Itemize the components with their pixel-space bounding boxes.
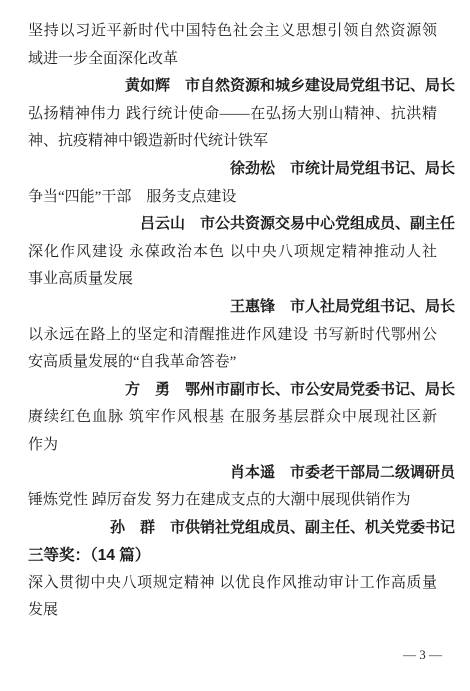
third-prize-heading: 三等奖：（14 篇） xyxy=(28,542,437,570)
article-title-line: 作为 xyxy=(28,432,437,460)
winner-name-line: 徐劲松 市统计局党组书记、局长 xyxy=(28,156,455,184)
article-title-line: 域进一步全面深化改革 xyxy=(28,46,437,74)
article-title-line: 事业高质量发展 xyxy=(28,266,437,294)
article-title-line: 深入贯彻中央八项规定精神 以优良作风推动审计工作高质量 xyxy=(28,570,437,598)
article-title-line: 争当“四能”干部 服务支点建设 xyxy=(28,184,437,212)
article-title-line: 以永远在路上的坚定和清醒推进作风建设 书写新时代鄂州公 xyxy=(28,322,437,350)
article-title-line: 坚持以习近平新时代中国特色社会主义思想引领自然资源领 xyxy=(28,18,437,46)
page-number: — 3 — xyxy=(0,647,470,663)
winner-name-line: 肖本遥 市委老干部局二级调研员 xyxy=(28,460,455,488)
article-title-line: 锤炼党性 踔厉奋发 努力在建成支点的大潮中展现供销作为 xyxy=(28,487,437,515)
article-title-line: 赓续红色血脉 筑牢作风根基 在服务基层群众中展现社区新 xyxy=(28,404,437,432)
document-page: 坚持以习近平新时代中国特色社会主义思想引领自然资源领 域进一步全面深化改革 黄如… xyxy=(0,0,470,691)
article-title-line: 安高质量发展的“自我革命答卷” xyxy=(28,349,437,377)
article-title-line: 弘扬精神伟力 践行统计使命——在弘扬大别山精神、抗洪精 xyxy=(28,101,437,129)
winner-name-line: 王惠锋 市人社局党组书记、局长 xyxy=(28,294,455,322)
article-title-line: 深化作风建设 永葆政治本色 以中央八项规定精神推动人社 xyxy=(28,239,437,267)
winner-name-line: 孙 群 市供销社党组成员、副主任、机关党委书记 xyxy=(28,515,455,543)
winner-name-line: 黄如辉 市自然资源和城乡建设局党组书记、局长 xyxy=(28,73,455,101)
document-body: 坚持以习近平新时代中国特色社会主义思想引领自然资源领 域进一步全面深化改革 黄如… xyxy=(0,0,470,625)
winner-name-line: 方 勇 鄂州市副市长、市公安局党委书记、局长 xyxy=(28,377,455,405)
article-title-line: 神、抗疫精神中锻造新时代统计铁军 xyxy=(28,128,437,156)
winner-name-line: 吕云山 市公共资源交易中心党组成员、副主任 xyxy=(28,211,455,239)
article-title-line: 发展 xyxy=(28,597,437,625)
